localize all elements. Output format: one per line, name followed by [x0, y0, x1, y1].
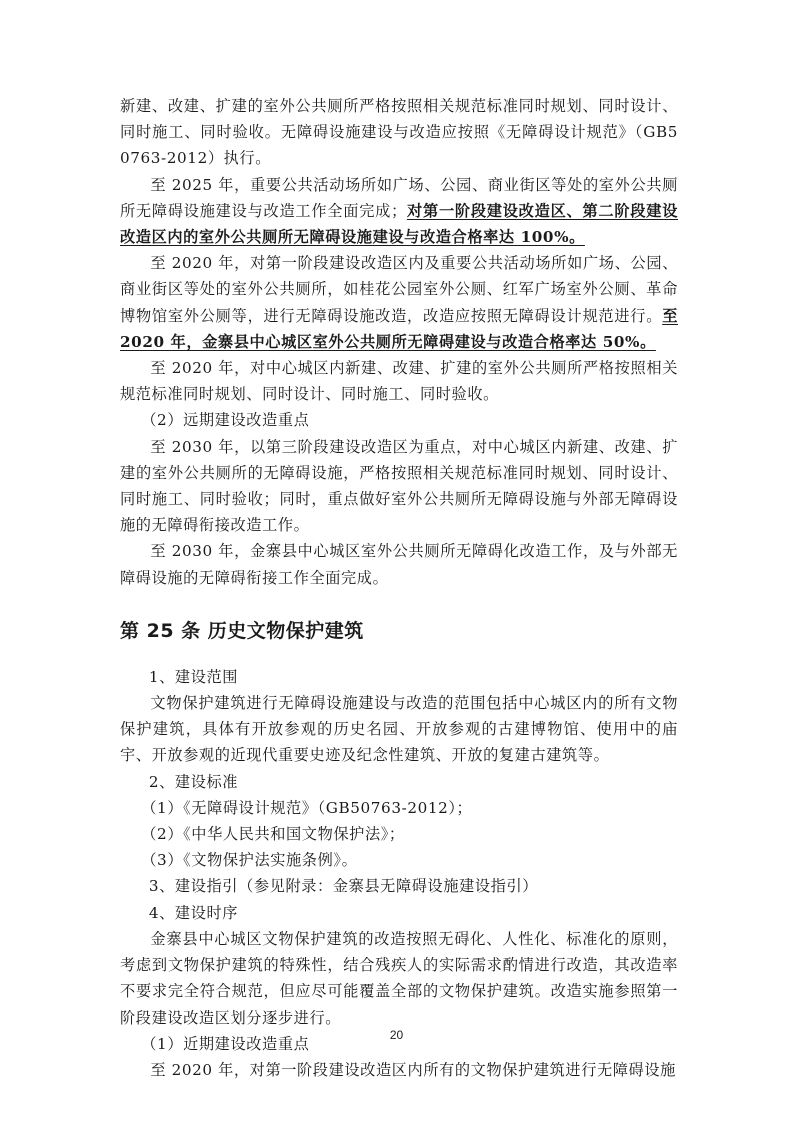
section-heading: 第 25 条 历史文物保护建筑	[120, 618, 678, 644]
paragraph-2030-completion: 至 2030 年，金寨县中心城区室外公共厕所无障碍化改造工作，及与外部无障碍设施…	[120, 538, 678, 590]
paragraph-text: 至 2020 年，对第一阶段建设改造区内及重要公共活动场所如广场、公园、商业街区…	[120, 254, 678, 324]
paragraph-text: 至 2020 年，对中心城区内新建、改建、扩建的室外公共厕所严格按照相关规范标准…	[120, 359, 678, 403]
standard-item-3: （3）《文物保护法实施条例》。	[120, 847, 678, 873]
subheading-text: （2）远期建设改造重点	[141, 411, 309, 429]
paragraph-2020-heritage: 至 2020 年，对第一阶段建设改造区内所有的文物保护建筑进行无障碍设施	[120, 1057, 678, 1083]
item-construction-standard: 2、建设标准	[120, 769, 678, 795]
document-body: 新建、改建、扩建的室外公共厕所严格按照相关规范标准同时规划、同时设计、同时施工、…	[120, 93, 678, 1083]
paragraph-2020-new-construction: 至 2020 年，对中心城区内新建、改建、扩建的室外公共厕所严格按照相关规范标准…	[120, 355, 678, 407]
paragraph-text: 至 2030 年，金寨县中心城区室外公共厕所无障碍化改造工作，及与外部无障碍设施…	[120, 542, 678, 586]
page-number: 20	[0, 1028, 793, 1042]
standard-item-2: （2）《中华人民共和国文物保护法》；	[120, 821, 678, 847]
paragraph-2030-third-stage: 至 2030 年，以第三阶段建设改造区为重点，对中心城区内新建、改建、扩建的室外…	[120, 434, 678, 539]
paragraph-timeline: 金寨县中心城区文物保护建筑的改造按照无碍化、人性化、标准化的原则，考虑到文物保护…	[120, 926, 678, 1031]
item-construction-guide: 3、建设指引（参见附录：金寨县无障碍设施建设指引）	[120, 873, 678, 899]
item-construction-scope: 1、建设范围	[120, 664, 678, 690]
paragraph-2020-first-stage: 至 2020 年，对第一阶段建设改造区内及重要公共活动场所如广场、公园、商业街区…	[120, 250, 678, 355]
standard-item-1: （1）《无障碍设计规范》（GB50763-2012）；	[120, 795, 678, 821]
paragraph-2025-target: 至 2025 年，重要公共活动场所如广场、公园、商业街区等处的室外公共厕所无障碍…	[120, 172, 678, 251]
paragraph-text: 新建、改建、扩建的室外公共厕所严格按照相关规范标准同时规划、同时设计、同时施工、…	[120, 97, 678, 167]
paragraph-continuation: 新建、改建、扩建的室外公共厕所严格按照相关规范标准同时规划、同时设计、同时施工、…	[120, 93, 678, 172]
item-construction-timeline: 4、建设时序	[120, 900, 678, 926]
paragraph-scope: 文物保护建筑进行无障碍设施建设与改造的范围包括中心城区内的所有文物保护建筑，具体…	[120, 690, 678, 769]
paragraph-text: 至 2030 年，以第三阶段建设改造区为重点，对中心城区内新建、改建、扩建的室外…	[120, 438, 678, 535]
subheading-long-term: （2）远期建设改造重点	[120, 407, 678, 433]
